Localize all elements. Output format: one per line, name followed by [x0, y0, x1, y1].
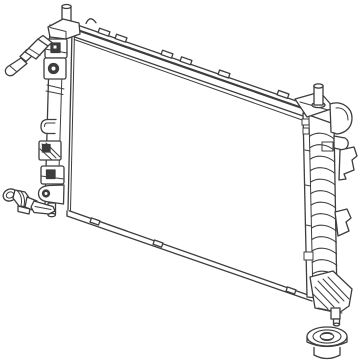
mounting-pin-top-right [312, 84, 325, 108]
parts-diagram-canvas [0, 0, 360, 360]
round-tab [41, 120, 56, 134]
radiator-parts-diagram [0, 0, 360, 360]
bracket-hole-lower [47, 170, 56, 179]
neck-hook [334, 136, 348, 150]
ribbed-clip-hole [43, 145, 51, 153]
